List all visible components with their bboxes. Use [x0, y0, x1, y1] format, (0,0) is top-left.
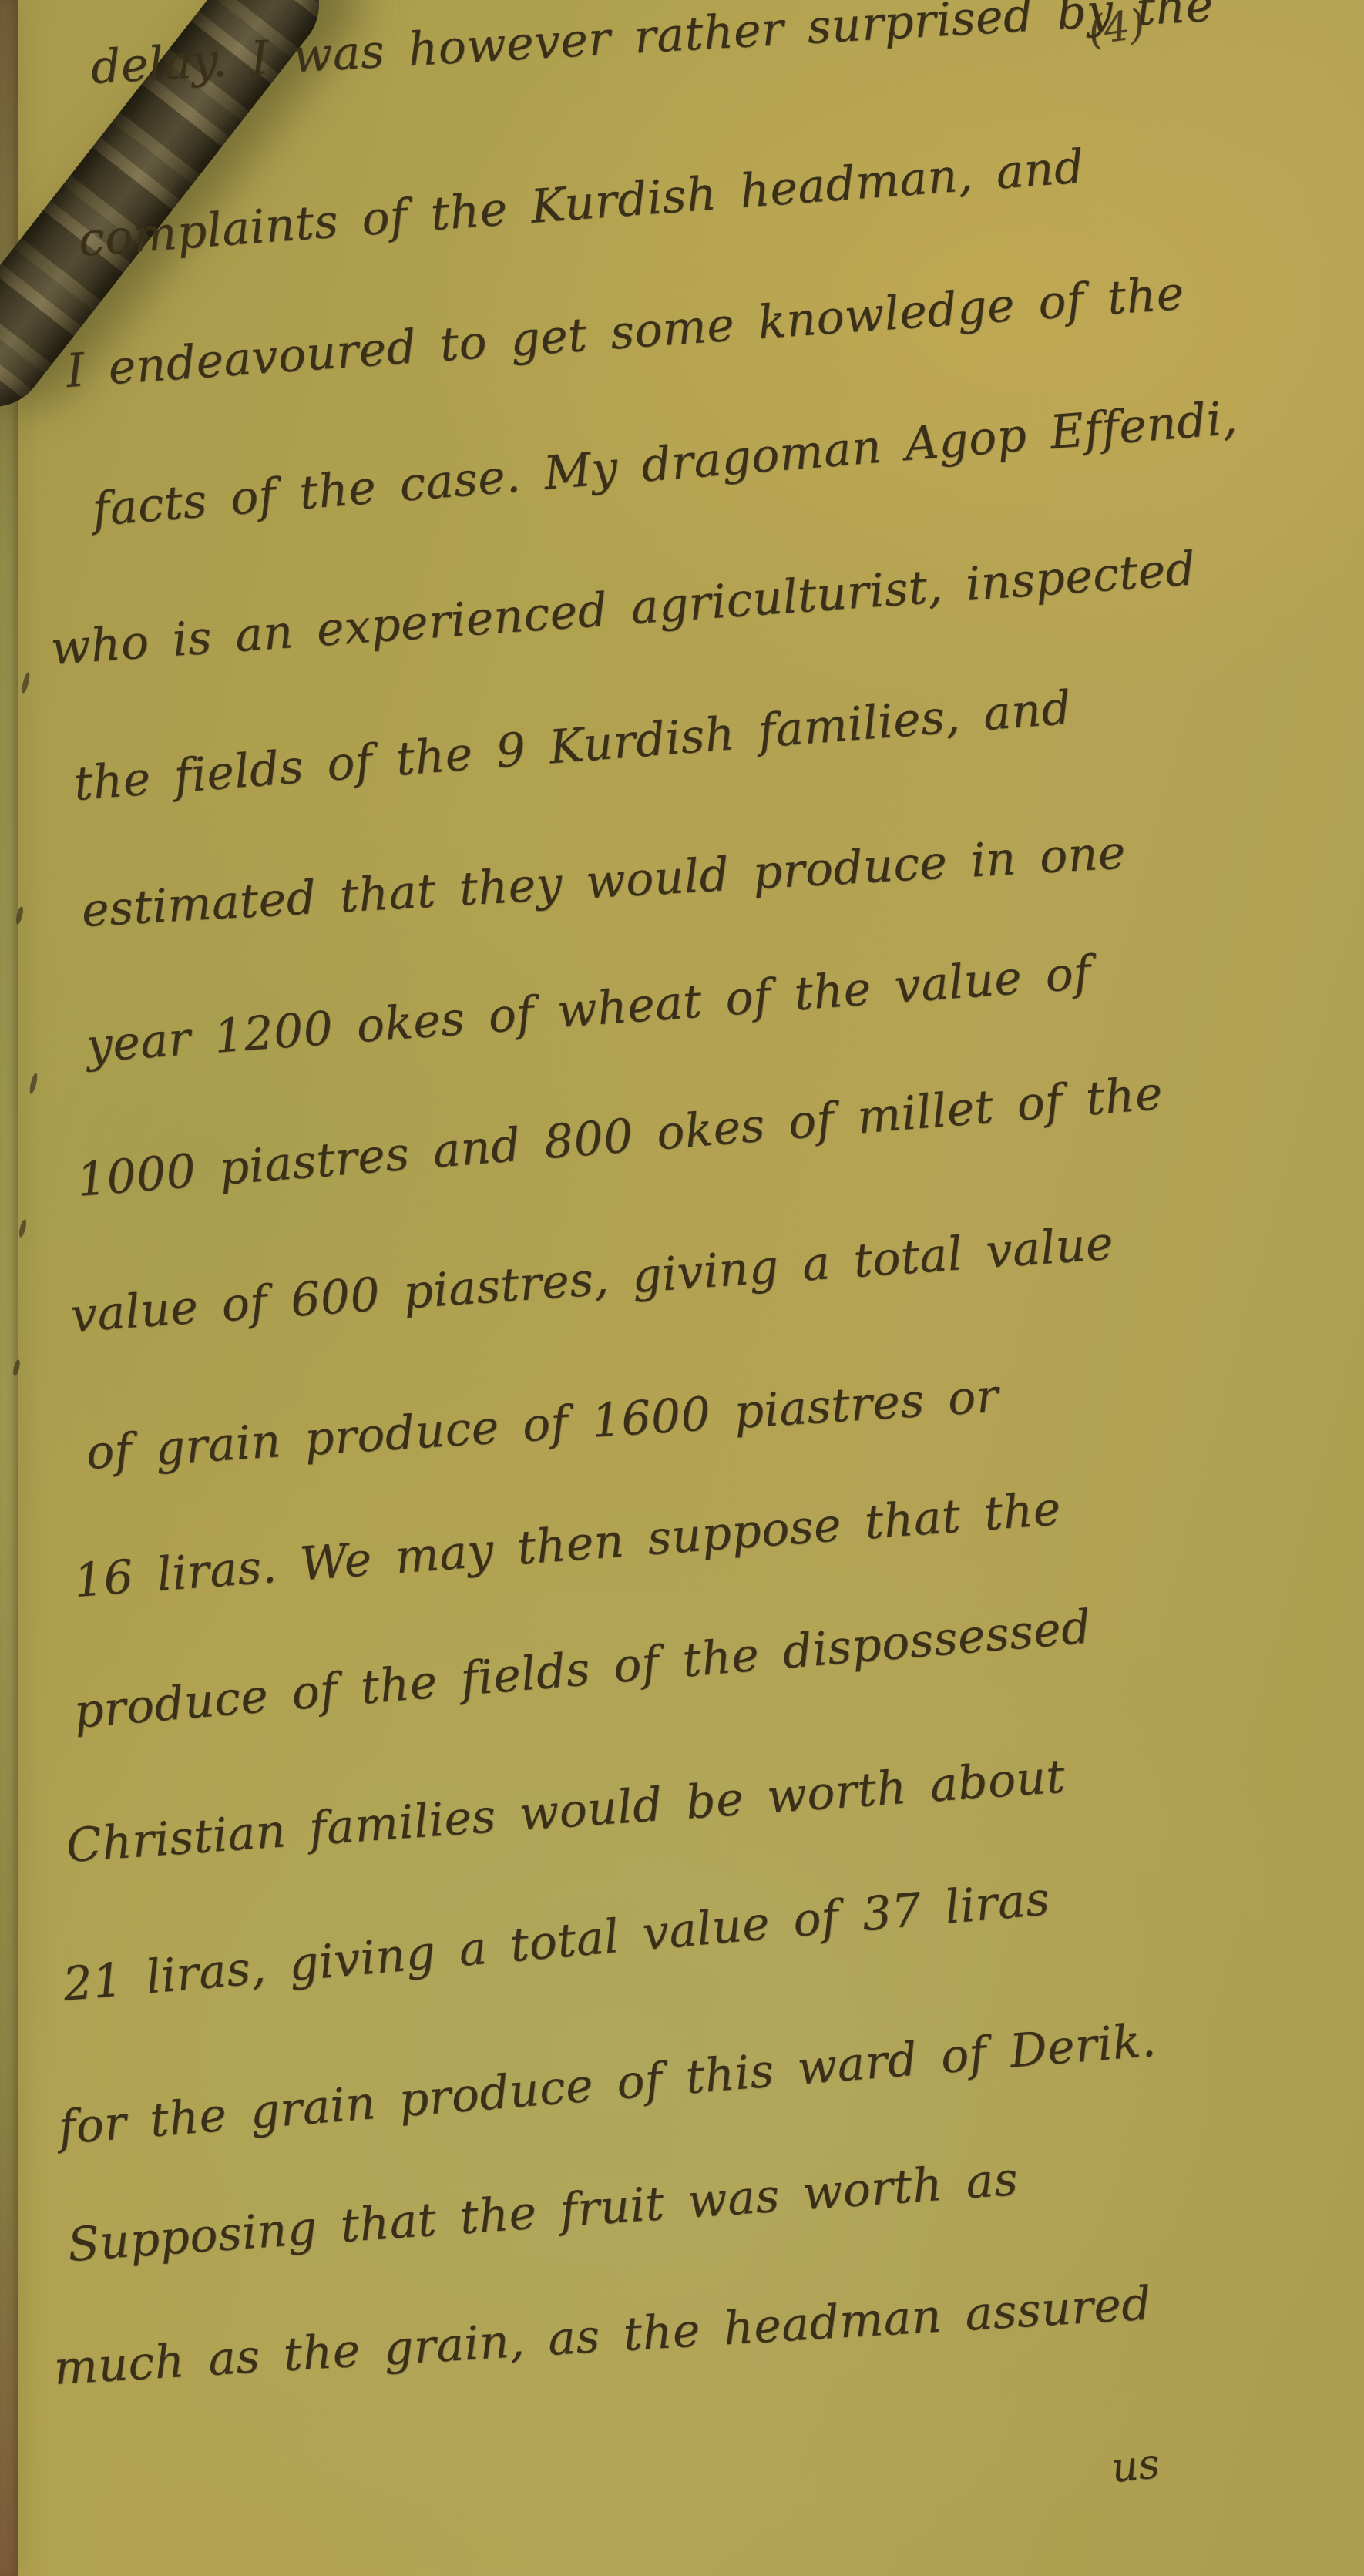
- manuscript-line: for the grain produce of this ward of De…: [57, 2017, 1158, 2151]
- manuscript-line: 21 liras, giving a total value of 37 lir…: [61, 1876, 1051, 2008]
- manuscript-line: who is an experienced agriculturist, ins…: [49, 546, 1197, 672]
- manuscript-line: facts of the case. My dragoman Agop Effe…: [91, 395, 1239, 533]
- manuscript-line: the fields of the 9 Kurdish families, an…: [72, 685, 1073, 808]
- manuscript-line: value of 600 piastres, giving a total va…: [69, 1220, 1115, 1338]
- catchword: us: [1109, 2439, 1162, 2492]
- manuscript-line: much as the grain, as the headman assure…: [52, 2280, 1152, 2391]
- manuscript-page: (4) delay. I was however rather surprise…: [0, 0, 1364, 2576]
- manuscript-line: Supposing that the fruit was worth as: [66, 2156, 1020, 2269]
- manuscript-line: of grain produce of 1600 piastres or: [85, 1373, 999, 1476]
- manuscript-text: delay. I was however rather surprised by…: [0, 0, 1364, 2576]
- manuscript-line: delay. I was however rather surprised by…: [89, 0, 1214, 91]
- manuscript-line: 16 liras. We may then suppose that the: [72, 1486, 1063, 1604]
- manuscript-line: estimated that they would produce in one: [80, 829, 1127, 934]
- manuscript-line: complaints of the Kurdish headman, and: [77, 143, 1086, 264]
- manuscript-line: year 1200 okes of wheat of the value of: [85, 949, 1093, 1070]
- manuscript-line: produce of the fields of the dispossesse…: [72, 1604, 1093, 1735]
- manuscript-line: I endeavoured to get some knowledge of t…: [65, 270, 1186, 395]
- manuscript-line: 1000 piastres and 800 okes of millet of …: [76, 1070, 1164, 1204]
- manuscript-line: Christian families would be worth about: [65, 1753, 1067, 1869]
